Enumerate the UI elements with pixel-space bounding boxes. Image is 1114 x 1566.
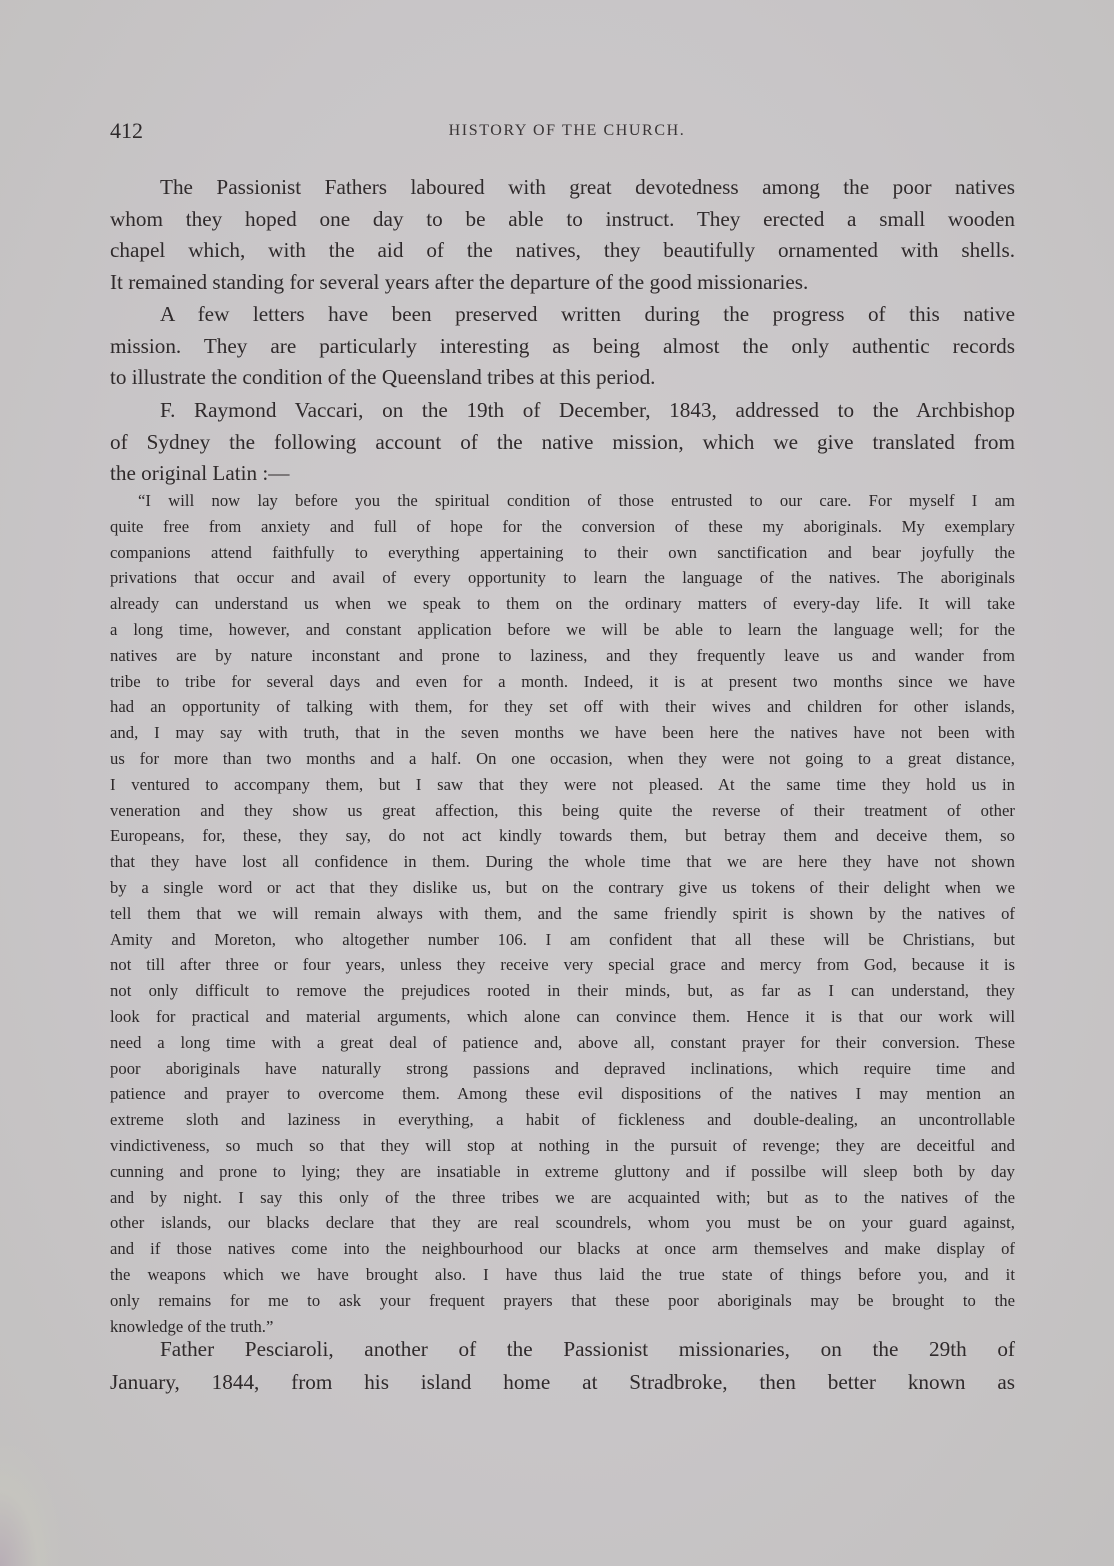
text-line: to illustrate the condition of the Queen… [110, 362, 1015, 394]
paragraph-chapel: The Passionist Fathers laboured with gre… [110, 172, 1015, 298]
quote-line: I ventured to accompany them, but I saw … [110, 772, 1015, 798]
quote-line: veneration and they show us great affect… [110, 798, 1015, 824]
text-line: F. Raymond Vaccari, on the 19th of Decem… [110, 395, 1015, 427]
text-line: It remained standing for several years a… [110, 267, 1015, 299]
quote-line: and, I may say with truth, that in the s… [110, 720, 1015, 746]
book-page: 412 HISTORY OF THE CHURCH. The Passionis… [0, 0, 1114, 1566]
quote-line: Europeans, for, these, they say, do not … [110, 823, 1015, 849]
quote-line: cunning and prone to lying; they are ins… [110, 1159, 1015, 1185]
quote-line: poor aboriginals have naturally strong p… [110, 1056, 1015, 1082]
text-line: mission. They are particularly interesti… [110, 331, 1015, 363]
quote-line: had an opportunity of talking with them,… [110, 694, 1015, 720]
text-line: whom they hoped one day to be able to in… [110, 204, 1015, 236]
page-stain [0, 1446, 60, 1566]
running-title: HISTORY OF THE CHURCH. [110, 122, 1014, 140]
quote-line: and by night. I say this only of the thr… [110, 1185, 1015, 1211]
text-line: chapel which, with the aid of the native… [110, 235, 1015, 267]
quote-line: us for more than two months and a half. … [110, 746, 1015, 772]
running-head: 412 HISTORY OF THE CHURCH. [110, 118, 1014, 148]
quote-line: patience and prayer to overcome them. Am… [110, 1081, 1015, 1107]
text-line: of Sydney the following account of the n… [110, 427, 1015, 459]
quote-line: tribe to tribe for several days and even… [110, 669, 1015, 695]
quote-line: look for practical and material argument… [110, 1004, 1015, 1030]
quote-line: companions attend faithfully to everythi… [110, 540, 1015, 566]
quote-line: other islands, our blacks declare that t… [110, 1210, 1015, 1236]
text-line: Father Pesciaroli, another of the Passio… [110, 1333, 1015, 1366]
paragraph-letters: A few letters have been preserved writte… [110, 299, 1015, 394]
text-line: January, 1844, from his island home at S… [110, 1366, 1015, 1399]
quoted-letter: “I will now lay before you the spiritual… [110, 488, 1015, 1339]
quote-line: the weapons which we have brought also. … [110, 1262, 1015, 1288]
text-line: A few letters have been preserved writte… [110, 299, 1015, 331]
quote-line: tell them that we will remain always wit… [110, 901, 1015, 927]
quote-line: vindictiveness, so much so that they wil… [110, 1133, 1015, 1159]
quote-line: and if those natives come into the neigh… [110, 1236, 1015, 1262]
quote-line: extreme sloth and laziness in everything… [110, 1107, 1015, 1133]
paragraph-vaccari-intro: F. Raymond Vaccari, on the 19th of Decem… [110, 395, 1015, 490]
paragraph-pesciaroli: Father Pesciaroli, another of the Passio… [110, 1333, 1015, 1399]
quote-line: a long time, however, and constant appli… [110, 617, 1015, 643]
quote-line: already can understand us when we speak … [110, 591, 1015, 617]
quote-line: not only difficult to remove the prejudi… [110, 978, 1015, 1004]
quote-line: “I will now lay before you the spiritual… [110, 488, 1015, 514]
quote-line: need a long time with a great deal of pa… [110, 1030, 1015, 1056]
quote-line: natives are by nature inconstant and pro… [110, 643, 1015, 669]
quote-line: privations that occur and avail of every… [110, 565, 1015, 591]
quote-line: only remains for me to ask your frequent… [110, 1288, 1015, 1314]
quote-line: Amity and Moreton, who altogether number… [110, 927, 1015, 953]
text-line: the original Latin :— [110, 458, 1015, 490]
quote-line: by a single word or act that they dislik… [110, 875, 1015, 901]
quote-line: not till after three or four years, unle… [110, 952, 1015, 978]
quote-line: quite free from anxiety and full of hope… [110, 514, 1015, 540]
text-line: The Passionist Fathers laboured with gre… [110, 172, 1015, 204]
quote-line: that they have lost all confidence in th… [110, 849, 1015, 875]
